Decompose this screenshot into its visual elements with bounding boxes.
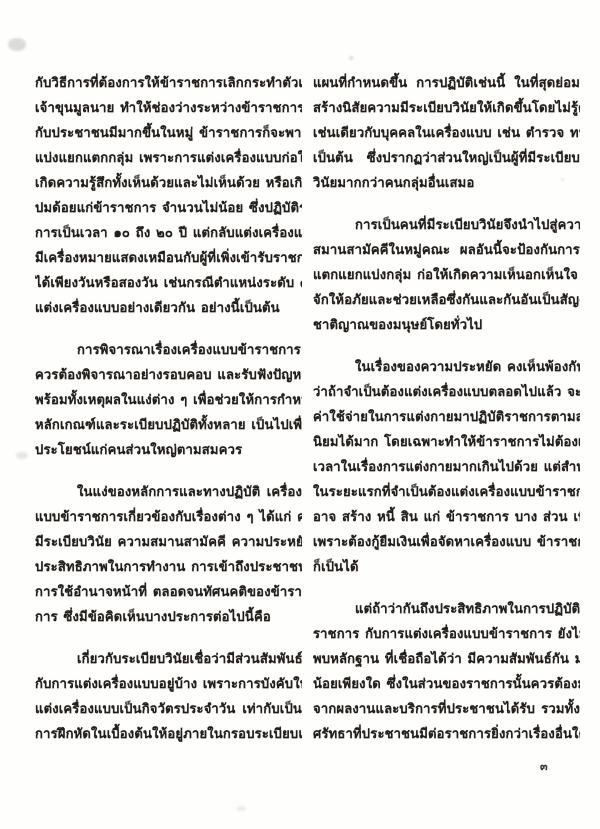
text-line: แผนที่กำหนดขึ้น การปฏิบัติเช่นนี้ ในที่ส… [313,71,580,96]
text-line: เป็นต้น ซึ่งปรากฏว่าส่วนใหญ่เป็นผู้ที่มี… [313,146,580,171]
scanned-document-page: กับวิธีการที่ต้องการให้ข้าราชการเลิกกระท… [0,0,600,829]
text-line: ค่าใช้จ่ายในการแต่งกายมาปฏิบัติราชการตาม… [313,405,580,430]
text-line: แต่ถ้าว่ากันถึงประสิทธิภาพในการปฏิบัติ [313,597,580,622]
paragraph: แผนที่กำหนดขึ้น การปฏิบัติเช่นนี้ ในที่ส… [313,71,580,196]
text-line: ควรต้องพิจารณาอย่างรอบคอบ และรับฟังปัญหา [35,363,302,388]
text-line: พร้อมทั้งเหตุผลในแง่ต่าง ๆ เพื่อช่วยให้ก… [35,388,302,413]
text-line: ศรัทธาที่ประชาชนมีต่อราชการยิ่งกว่าเรื่อ… [313,722,580,747]
text-line: แต่งเครื่องแบบอย่างเดียวกัน อย่างนี้เป็น… [35,296,302,321]
text-line: ในเรื่องของความประหยัด คงเห็นพ้องกัน [313,355,580,380]
text-line: ประโยชน์แก่คนส่วนใหญ่ตามสมควร [35,438,302,463]
scan-smudge [236,806,246,811]
paragraph: ในแง่ของหลักการและทางปฏิบัติ เครื่องแบบข… [35,480,302,630]
text-line: หลักเกณฑ์และระเบียบปฏิบัติทั้งหลาย เป็นไ… [35,413,302,438]
text-line: กับวิธีการที่ต้องการให้ข้าราชการเลิกกระท… [35,71,302,96]
text-line: เกี่ยวกับระเบียบวินัยเชื่อว่ามีส่วนสัมพั… [35,647,302,672]
text-line: วินัยมากกว่าคนกลุ่มอื่นเสมอ [313,171,580,196]
text-line: การพิจารณาเรื่องเครื่องแบบข้าราชการ จึง [35,338,302,363]
paragraph: เกี่ยวกับระเบียบวินัยเชื่อว่ามีส่วนสัมพั… [35,647,302,747]
text-line: จักให้อภัยและช่วยเหลือซึ่งกันและกันอันเป… [313,288,580,313]
text-line: เพราะต้องกู้ยืมเงินเพื่อจัดหาเครื่องแบบ … [313,530,580,555]
scan-smudge [349,56,353,60]
text-line: เกิดความรู้สึกทั้งเห็นด้วยและไม่เห็นด้วย… [35,171,302,196]
text-line: แบ่งแยกแตกกลุ่ม เพราะการแต่งเครื่องแบบก่… [35,146,302,171]
text-line: สร้างนิสัยความมีระเบียบวินัยให้เกิดขึ้นโ… [313,96,580,121]
text-line: การเป็นคนที่มีระเบียบวินัยจึงนำไปสู่ความ [313,213,580,238]
text-line: มีระเบียบวินัย ความสมานสามัคคี ความประหย… [35,530,302,555]
text-line: เวลาในเรื่องการแต่งกายมากเกินไปด้วย แต่ส… [313,455,580,480]
page-number: ๓ [540,757,548,775]
text-line: เช่นเดียวกับบุคคลในเครื่องแบบ เช่น ตำรวจ… [313,121,580,146]
text-line: ก็เป็นได้ [313,555,580,580]
text-line: พบหลักฐาน ที่เชื่อถือได้ว่า มีความสัมพัน… [313,647,580,672]
text-line: ได้เพียงวันหรือสองวัน เช่นกรณีตำแหน่งระด… [35,271,302,296]
paragraph: แต่ถ้าว่ากันถึงประสิทธิภาพในการปฏิบัติรา… [313,597,580,747]
paragraph: ในเรื่องของความประหยัด คงเห็นพ้องกันว่าถ… [313,355,580,580]
text-line: ในระยะแรกที่จำเป็นต้องแต่งเครื่องแบบข้าร… [313,480,580,505]
text-line: การใช้อำนาจหน้าที่ ตลอดจนทัศนคติของข้ารา… [35,580,302,605]
text-line: จากผลงานและบริการที่ประชาชนได้รับ รวมทั้… [313,697,580,722]
text-line: นิยมได้มาก โดยเฉพาะทำให้ข้าราชการไม่ต้อง… [313,430,580,455]
text-line: การฝึกหัดในเบื้องต้นให้อยู่ภายในกรอบระเบ… [35,722,302,747]
text-line: ชาติญาณของมนุษย์โดยทั่วไป [313,313,580,338]
column-right: แผนที่กำหนดขึ้น การปฏิบัติเช่นนี้ ในที่ส… [313,71,580,764]
text-line: แบบข้าราชการเกี่ยวข้องกับเรื่องต่าง ๆ ได… [35,505,302,530]
text-line: ในแง่ของหลักการและทางปฏิบัติ เครื่อง [35,480,302,505]
column-left: กับวิธีการที่ต้องการให้ข้าราชการเลิกกระท… [35,71,302,764]
text-line: มีเครื่องหมายแสดงเหมือนกับผู้ที่เพิ่งเข้… [35,246,302,271]
text-line: อาจ สร้าง หนี้ สิน แก่ ข้าราชการ บาง ส่ว… [313,505,580,530]
text-line: ปมด้อยแก่ข้าราชการ จำนวนไม่น้อย ซึ่งปฏิบ… [35,196,302,221]
text-line: กับการแต่งเครื่องแบบอยู่บ้าง เพราะการบัง… [35,672,302,697]
text-line: น้อยเพียงใด ซึ่งในส่วนของราชการนั้นควรต้… [313,672,580,697]
text-line: แต่งเครื่องแบบเป็นกิจวัตรประจำวัน เท่ากั… [35,697,302,722]
scan-smudge [16,452,28,459]
paragraph: การเป็นคนที่มีระเบียบวินัยจึงนำไปสู่ความ… [313,213,580,338]
text-line: กับประชาชนมีมากขึ้นในหมู่ ข้าราชการก็จะพ… [35,121,302,146]
text-line: แตกแยกแบ่งกลุ่ม ก่อให้เกิดความเห็นอกเห็น… [313,263,580,288]
text-line: ว่าถ้าจำเป็นต้องแต่งเครื่องแบบตลอดไปแล้ว… [313,380,580,405]
paragraph: การพิจารณาเรื่องเครื่องแบบข้าราชการ จึงค… [35,338,302,463]
paragraph: กับวิธีการที่ต้องการให้ข้าราชการเลิกกระท… [35,71,302,321]
text-line: ราชการ กับการแต่งเครื่องแบบข้าราชการ ยัง… [313,622,580,647]
text-line: สมานสามัคคีในหมู่คณะ ผลอันนี้จะป้องกันกา… [313,238,580,263]
text-line: การเป็นเวลา ๑๐ ถึง ๒๐ ปี แต่กลับแต่งเครื… [35,221,302,246]
scan-smudge [8,38,26,51]
text-line: เจ้าขุนมูลนาย ทำให้ช่องว่างระหว่างข้าราช… [35,96,302,121]
text-line: ประสิทธิภาพในการทำงาน การเข้าถึงประชาชน [35,555,302,580]
text-columns: กับวิธีการที่ต้องการให้ข้าราชการเลิกกระท… [35,71,580,764]
text-line: การ ซึ่งมีข้อคิดเห็นบางประการต่อไปนี้คือ [35,605,302,630]
